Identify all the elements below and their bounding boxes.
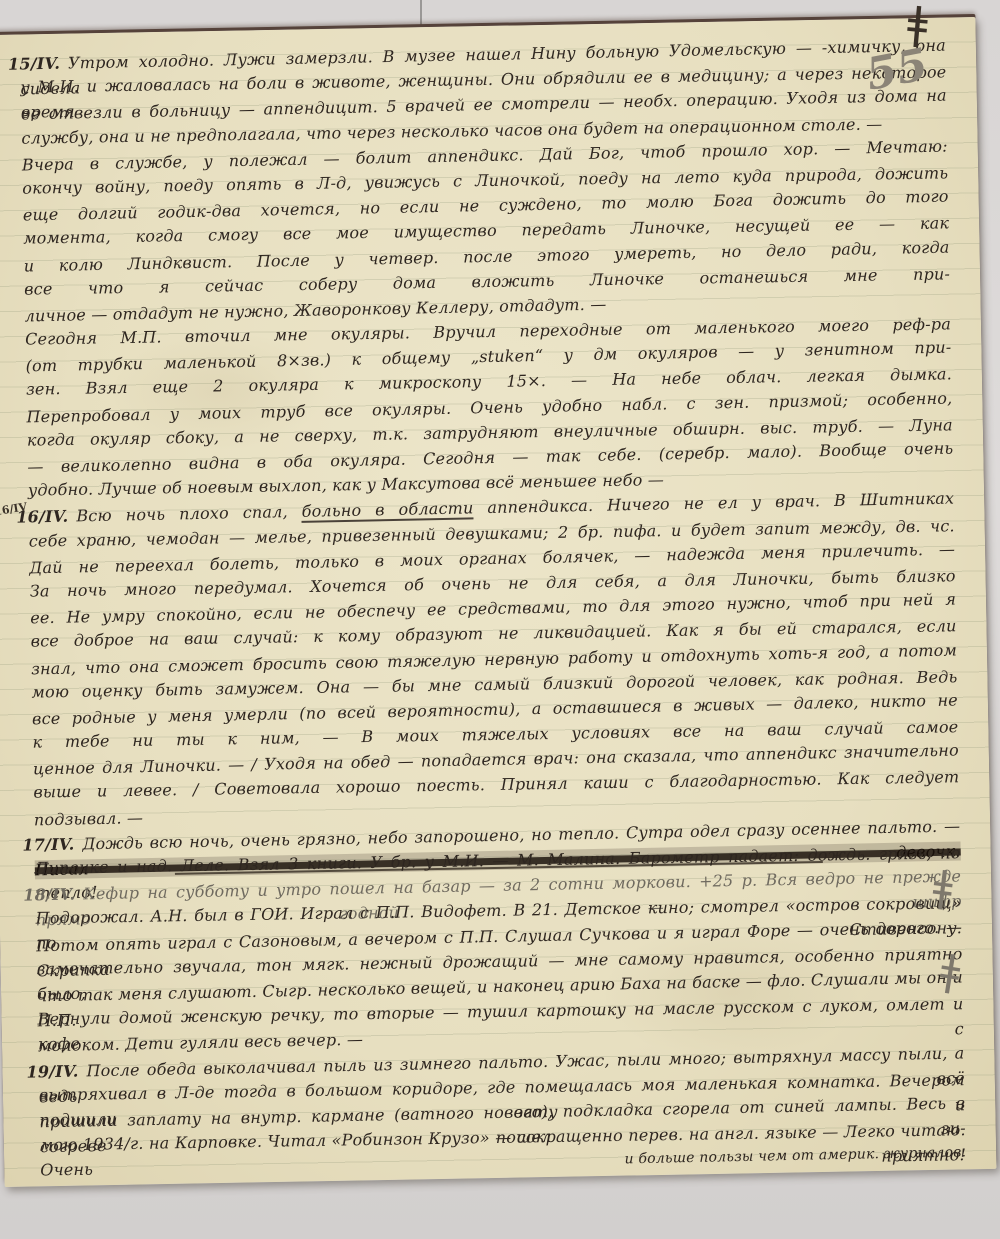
handwritten-content: 15/IV.Утром холодно. Лужи замерзли. В му…	[0, 17, 996, 1187]
scanned-manuscript-page: { "page": { "page_number": "55", "corner…	[0, 0, 1000, 1239]
diary-entry: 18/IV.Кефир на субботу и утро пошел на б…	[35, 865, 964, 1058]
scanner-backing-edge	[420, 0, 422, 26]
entry-date: 15/IV.	[8, 54, 68, 74]
diary-entry: 15/IV.Утром холодно. Лужи замерзли. В му…	[20, 34, 954, 504]
entry-date: 17/IV.	[22, 834, 82, 854]
underlined-phrase: больно в области	[301, 499, 473, 524]
diary-entry: 19/IV.После обеда выколачивал пыль из зи…	[38, 1041, 966, 1184]
entries: 15/IV.Утром холодно. Лужи замерзли. В му…	[20, 34, 967, 1184]
manuscript-paper: 15/IV.Утром холодно. Лужи замерзли. В му…	[0, 17, 996, 1187]
entry-date: 18/IV.	[23, 885, 83, 905]
diary-entry: 16/IV.Всю ночь плохо спал, больно в обла…	[28, 487, 960, 831]
entry-date: 19/IV.	[26, 1061, 86, 1081]
